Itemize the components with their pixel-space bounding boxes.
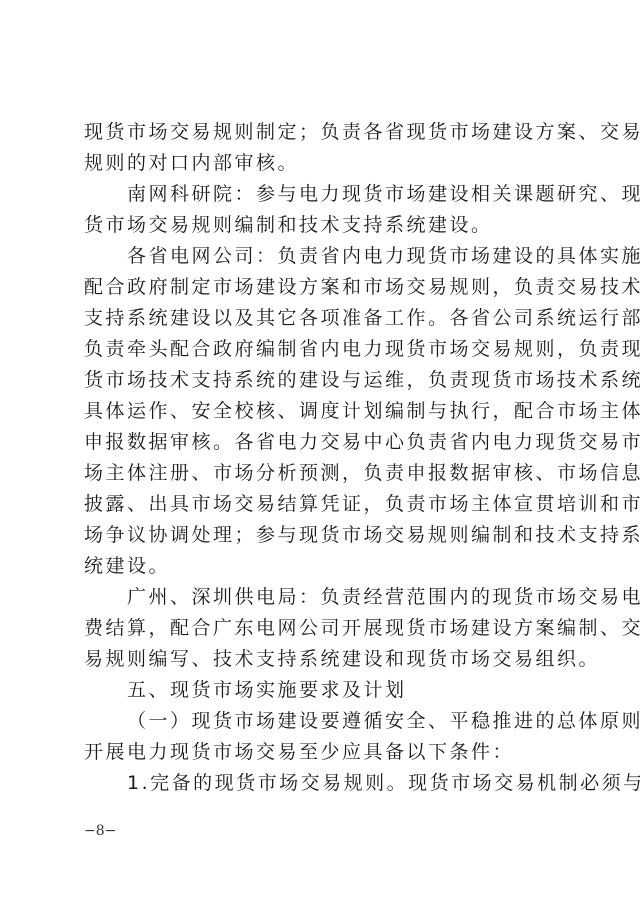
text-line: 配合政府制定市场建设方案和市场交易规则，负责交易技术 (84, 272, 564, 303)
text-line: 负责牵头配合政府编制省内电力现货市场交易规则，负责现 (84, 334, 564, 365)
text-line: 场争议协调处理；参与现货市场交易规则编制和技术支持系 (84, 520, 564, 551)
subsection-heading: （一）现货市场建设要遵循安全、平稳推进的总体原则， (84, 706, 564, 737)
text-line: 支持系统建设以及其它各项准备工作。各省公司系统运行部 (84, 303, 564, 334)
text-line: 费结算，配合广东电网公司开展现货市场建设方案编制、交 (84, 613, 564, 644)
text-line: 货市场技术支持系统的建设与运维，负责现货市场技术系统 (84, 365, 564, 396)
text-line: 申报数据审核。各省电力交易中心负责省内电力现货交易市 (84, 427, 564, 458)
page-number: −8− (84, 823, 116, 839)
list-item-1: 1.完备的现货市场交易规则。现货市场交易机制必须与 (84, 768, 564, 799)
document-page: 现货市场交易规则制定；负责各省现货市场建设方案、交易 规则的对口内部审核。 南网… (0, 0, 640, 905)
text-line: 现货市场交易规则制定；负责各省现货市场建设方案、交易 (84, 117, 564, 148)
text-line: 开展电力现货市场交易至少应具备以下条件： (84, 737, 564, 768)
paragraph-start-guangzhou-shenzhen: 广州、深圳供电局：负责经营范围内的现货市场交易电 (84, 582, 564, 613)
section-heading: 五、现货市场实施要求及计划 (84, 675, 564, 706)
paragraph-start-nanwang-research: 南网科研院：参与电力现货市场建设相关课题研究、现 (84, 179, 564, 210)
text-line: 货市场交易规则编制和技术支持系统建设。 (84, 210, 564, 241)
body-text: 现货市场交易规则制定；负责各省现货市场建设方案、交易 规则的对口内部审核。 南网… (84, 117, 564, 799)
text-line: 披露、出具市场交易结算凭证，负责市场主体宣贯培训和市 (84, 489, 564, 520)
text-line: 场主体注册、市场分析预测，负责申报数据审核、市场信息 (84, 458, 564, 489)
paragraph-start-provincial-grid: 各省电网公司：负责省内电力现货市场建设的具体实施， (84, 241, 564, 272)
text-line: 具体运作、安全校核、调度计划编制与执行，配合市场主体 (84, 396, 564, 427)
text-line: 规则的对口内部审核。 (84, 148, 564, 179)
text-line: 易规则编写、技术支持系统建设和现货市场交易组织。 (84, 644, 564, 675)
text-line: 统建设。 (84, 551, 564, 582)
